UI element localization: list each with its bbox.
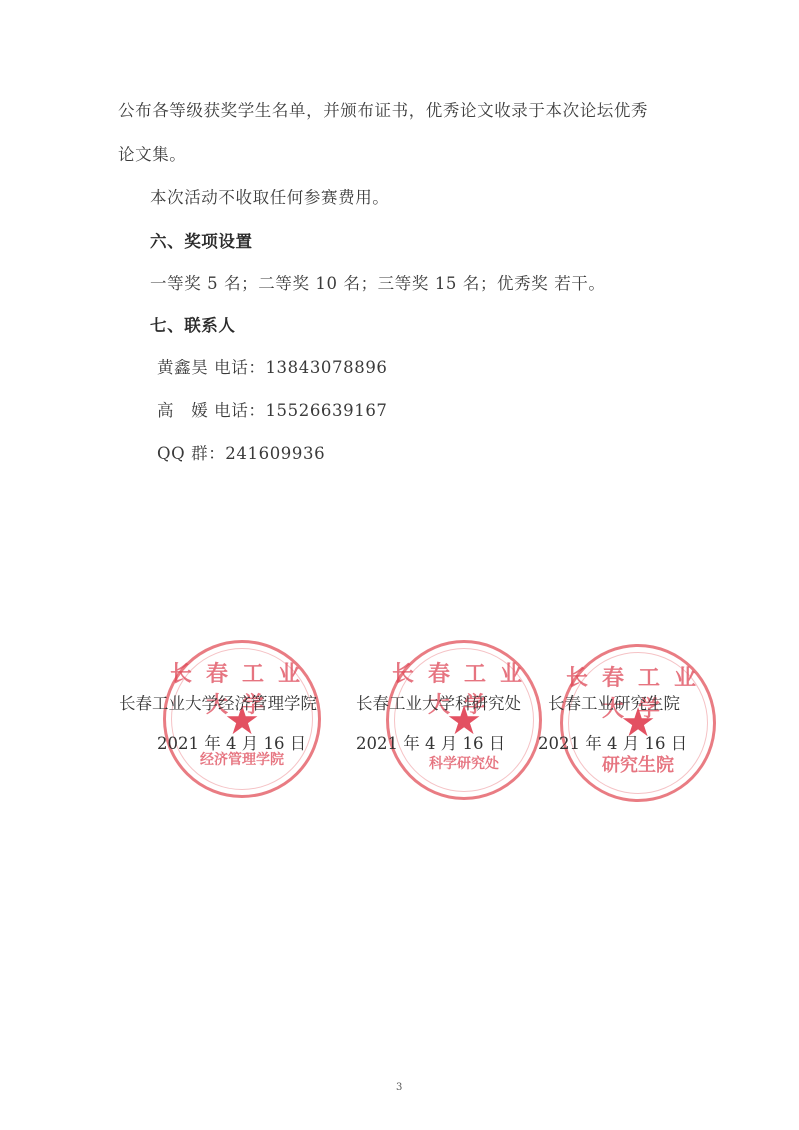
signature-date: 2021 年 4 月 16 日: [157, 730, 306, 754]
paragraph-continuation: 论文集。: [118, 141, 186, 165]
official-seal-economics: 长春工业大学 ★ 经济管理学院: [163, 640, 321, 798]
signature-org-research: 长春工业大学科研究处: [356, 690, 521, 714]
contact-item: 高 媛 电话：15526639167: [157, 397, 388, 421]
signature-org-graduate: 长春工业研究生院: [548, 690, 680, 714]
signature-date: 2021 年 4 月 16 日: [356, 730, 505, 754]
contact-item: QQ 群：241609936: [157, 440, 325, 464]
signature-org-economics: 长春工业大学经济管理学院: [119, 690, 317, 714]
section-heading-awards: 六、奖项设置: [150, 228, 253, 252]
seal-bottom-text: 研究生院: [563, 751, 713, 777]
official-seal-research: 长春工业大学 ★ 科学研究处: [386, 640, 542, 800]
awards-content: 一等奖 5 名；二等奖 10 名；三等奖 15 名；优秀奖 若干。: [150, 270, 606, 294]
paragraph-awards-announcement: 公布各等级获奖学生名单，并颁布证书，优秀论文收录于本次论坛优秀: [118, 97, 648, 121]
official-seal-graduate: 长春工业大学 ★ 研究生院: [560, 644, 716, 802]
paragraph-no-fee: 本次活动不收取任何参赛费用。: [150, 184, 389, 208]
signature-date: 2021 年 4 月 16 日: [538, 730, 687, 754]
section-heading-contacts: 七、联系人: [150, 312, 236, 336]
page-number: 3: [396, 1082, 402, 1093]
contact-item: 黄鑫昊 电话：13843078896: [157, 354, 388, 378]
seal-bottom-text: 科学研究处: [389, 753, 539, 773]
